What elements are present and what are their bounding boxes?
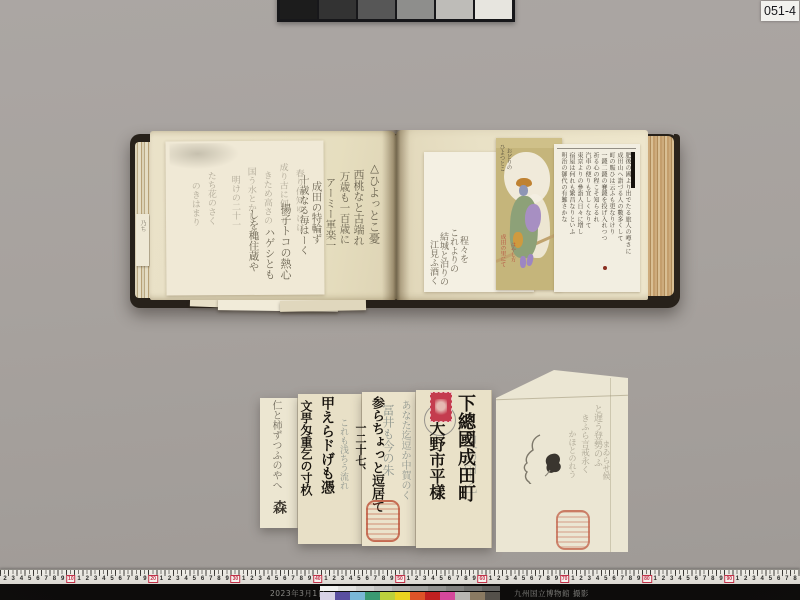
ruler-unit-label: 9: [61, 576, 64, 582]
ruler-unit-label: 8: [217, 576, 220, 582]
album-right-page: これよりの 結城と泊りの 程々を 江見ふ酒く ひよつとこ おどりの 成田の里に: [396, 130, 648, 300]
brush-column: 森: [272, 500, 286, 514]
faint-writing: あなた迄逗か中賀のく: [399, 400, 409, 500]
ruler-unit-label: 5: [28, 576, 31, 582]
ruler-unit-label: 3: [752, 576, 755, 582]
gray-strip: [320, 586, 500, 591]
ruler-unit-label: 8: [135, 576, 138, 582]
ruler-unit-label: 1: [160, 576, 163, 582]
gray-patch: [338, 586, 356, 591]
ruler-unit-label: 7: [621, 576, 624, 582]
ruler-unit-label: 2: [662, 576, 665, 582]
print-column: 町の賑ひは云ふも更なりけり: [608, 152, 614, 235]
ruler-unit-label: 9: [143, 576, 146, 582]
gray-patch: [374, 586, 392, 591]
ruler-unit-label: 1: [242, 576, 245, 582]
ruler-ten-label: 70: [560, 575, 570, 583]
ruler-unit-label: 7: [703, 576, 706, 582]
shoot-date: 2023年3月1日: [270, 588, 326, 599]
ruler-unit-label: 3: [258, 576, 261, 582]
faint-writing: かほとのれう: [568, 430, 576, 478]
ruler-unit-label: 6: [201, 576, 204, 582]
ruler-unit-label: 8: [300, 576, 303, 582]
ink-column: 十歳なる毎はーく: [297, 175, 307, 255]
grayscale-calibration-bar: [277, 0, 515, 22]
gray-patch: [410, 586, 428, 591]
album-book: 乃ち 春り付知ゆけは 成り古に何より きため高さの 国う水とかし 明けの二十一 …: [130, 126, 680, 308]
red-seal: [366, 500, 400, 542]
ruler-ten-label: 90: [724, 575, 734, 583]
ruler-unit-label: 6: [36, 576, 39, 582]
cover-edge: [674, 134, 680, 300]
ink-column: 成田の特輪ず: [311, 181, 322, 244]
color-patch: [365, 592, 380, 600]
ink-column: アーミー軍楽一: [325, 177, 336, 251]
ruler-unit-label: 7: [785, 576, 788, 582]
scale-ruler: 2345678910123456789201234567893012345678…: [0, 569, 800, 585]
color-patch: [485, 592, 500, 600]
ruler-unit-label: 5: [275, 576, 278, 582]
illustration-caption: ひよつとこ: [498, 144, 504, 172]
brush-column: 文甼匁重乞の寸杦: [300, 400, 312, 496]
ink-column: 万歳も一百歳に: [339, 171, 350, 245]
shoot-credit: 九州国立博物館 撮影: [514, 588, 589, 599]
ruler-unit-label: 6: [365, 576, 368, 582]
ruler-unit-label: 7: [127, 576, 130, 582]
clipping-rule: [557, 148, 636, 149]
gray-patch: [464, 586, 482, 591]
gray-patch: [320, 586, 338, 591]
ruler-unit-label: 9: [308, 576, 311, 582]
handwriting-column: 結城と泊りの: [438, 232, 447, 286]
ruler-ten-label: 20: [148, 575, 158, 583]
ruler-unit-label: 5: [440, 576, 443, 582]
ruler-unit-label: 3: [12, 576, 15, 582]
protruding-note: 乃ち: [136, 214, 149, 266]
ink-column: 西桃なと古端れ: [353, 169, 364, 246]
ruler-unit-label: 4: [678, 576, 681, 582]
print-column: 東京よりの參詣人日々に増し: [576, 152, 582, 235]
print-column: 祈る心の程こそ知らるれ: [592, 152, 598, 222]
ruler-unit-label: 1: [653, 576, 656, 582]
clipping-dot: [603, 266, 607, 270]
red-seal: [556, 510, 590, 550]
ruler-unit-label: 9: [472, 576, 475, 582]
print-column: 宿屋は何れも繁昌なりといふ: [568, 152, 574, 235]
color-patch: [425, 592, 440, 600]
faint-writing: きふら言戒永く: [580, 414, 589, 474]
grayscale-patch: [358, 0, 395, 19]
grayscale-patch: [319, 0, 356, 19]
brush-column: 仁と柿ずつふのやへ: [270, 400, 280, 490]
ruler-unit-label: 4: [596, 576, 599, 582]
color-patch: [455, 592, 470, 600]
print-column: 肥後の國より出でたる旅人の噂さに: [624, 152, 630, 254]
illustration-red-caption: 成田の里にて: [499, 234, 505, 267]
ink-column: ハゲシとも: [264, 227, 275, 280]
ruler-unit-label: 1: [77, 576, 80, 582]
folded-letter: と遅う登勢のふ きふら言戒永く かほとのれう まゐらせ候: [496, 370, 628, 552]
ruler-unit-label: 4: [760, 576, 763, 582]
ruler-unit-label: 7: [209, 576, 212, 582]
ruler-unit-label: 8: [793, 576, 796, 582]
ruler-unit-label: 6: [777, 576, 780, 582]
gray-patch: [446, 586, 464, 591]
ruler-unit-label: 4: [431, 576, 434, 582]
grayscale-patch: [280, 0, 317, 19]
ruler-unit-label: 5: [604, 576, 607, 582]
color-calibration-chart: [320, 586, 500, 600]
ruler-unit-label: 7: [44, 576, 47, 582]
faint-writing: と遅う登勢のふ: [592, 404, 601, 467]
ink-column: しを穐住蔵や: [248, 209, 259, 272]
ruler-unit-label: 4: [102, 576, 105, 582]
color-patch: [380, 592, 395, 600]
ruler-unit-label: 8: [53, 576, 56, 582]
faint-writing: まゐらせ候: [602, 440, 610, 480]
print-column: 一錢二錢の賽錢を投げ入れつつ: [600, 152, 606, 242]
ruler-unit-label: 6: [283, 576, 286, 582]
grayscale-patch: [436, 0, 473, 19]
ruler-unit-label: 1: [736, 576, 739, 582]
handwriting-column: これよりの: [448, 228, 457, 273]
gray-patch: [392, 586, 410, 591]
ink-blot: [542, 450, 566, 478]
color-patch: [395, 592, 410, 600]
loose-paper: [280, 299, 366, 312]
ruler-unit-label: 2: [250, 576, 253, 582]
ruler-unit-label: 6: [530, 576, 533, 582]
brush-column: 甲えらドげも憑: [320, 396, 334, 494]
ruler-unit-label: 1: [407, 576, 410, 582]
ruler-ten-label: 40: [313, 575, 323, 583]
ruler-unit-label: 9: [390, 576, 393, 582]
news-clipping: 肥後の國より出でたる旅人の噂さに 成田山へ詣づる人の數多くして 町の賑ひは云ふも…: [554, 144, 640, 292]
pencil-column: きため高さの: [262, 171, 271, 225]
ruler-unit-label: 1: [571, 576, 574, 582]
ruler-unit-label: 3: [94, 576, 97, 582]
ruler-unit-label: 2: [86, 576, 89, 582]
gray-patch: [482, 586, 500, 591]
gray-patch: [356, 586, 374, 591]
brush-column: 参らちょっと逗居て: [370, 396, 383, 513]
ruler-unit-label: 4: [20, 576, 23, 582]
photo-label: 051-4: [761, 1, 799, 21]
pasted-illustration: ひよつとこ おどりの 成田の里にて はやし方 番ひ踊りの圖: [496, 138, 562, 290]
ruler-unit-label: 4: [267, 576, 270, 582]
ruler-ten-label: 60: [478, 575, 488, 583]
ink-column: 揚子トコの熱心: [280, 203, 291, 280]
postage-stamp: [430, 392, 452, 422]
color-patch: [410, 592, 425, 600]
ruler-unit-label: 8: [711, 576, 714, 582]
print-column: 成田山へ詣づる人の數多くして: [616, 152, 622, 242]
fore-edge-pages: [648, 136, 674, 296]
ruler-unit-label: 2: [168, 576, 171, 582]
ruler-unit-label: 4: [184, 576, 187, 582]
ruler-unit-label: 3: [505, 576, 508, 582]
ruler-unit-label: 5: [357, 576, 360, 582]
fold-crease: [496, 395, 628, 401]
color-patch: [440, 592, 455, 600]
ink-column: △ひよっとこ憂: [368, 161, 380, 244]
ruler-unit-label: 3: [341, 576, 344, 582]
ruler-unit-label: 7: [456, 576, 459, 582]
illustration-red-caption: はやし方: [510, 242, 515, 262]
print-column: 汽車の便りも宜しくなりて: [584, 152, 590, 229]
ruler-unit-label: 6: [119, 576, 122, 582]
ruler-unit-label: 4: [514, 576, 517, 582]
ruler-unit-label: 6: [612, 576, 615, 582]
ruler-unit-label: 9: [637, 576, 640, 582]
gray-patch: [428, 586, 446, 591]
clipping-black-bar: [631, 152, 635, 188]
ruler-unit-label: 3: [423, 576, 426, 582]
envelope: 臾の甲乙 下總國成田町 大野市平樣 あなた迄逗か中賀のく 冨井も今の朱 これも浅…: [258, 388, 494, 550]
color-patch: [470, 592, 485, 600]
address-column: 下總國成田町: [456, 394, 474, 502]
ruler-unit-label: 5: [193, 576, 196, 582]
ruler-unit-label: 8: [547, 576, 550, 582]
ruler-unit-label: 9: [719, 576, 722, 582]
faint-writing: これも浅ちう流れ: [338, 418, 347, 490]
ruler-unit-label: 2: [415, 576, 418, 582]
ruler-ten-label: 30: [231, 575, 241, 583]
edge-marks: 乃ち: [139, 220, 145, 232]
grayscale-patch: [397, 0, 434, 19]
ruler-unit-label: 2: [579, 576, 582, 582]
ruler-unit-label: 9: [555, 576, 558, 582]
ruler-ten-label: 10: [66, 575, 76, 583]
ruler-unit-label: 5: [686, 576, 689, 582]
pencil-column: のきはまり: [190, 181, 199, 226]
ruler-ten-label: 50: [395, 575, 405, 583]
color-patch: [335, 592, 350, 600]
ruler-unit-label: 7: [374, 576, 377, 582]
ruler-unit-label: 1: [324, 576, 327, 582]
ruler-ten-label: 80: [642, 575, 652, 583]
ruler-unit-label: 7: [291, 576, 294, 582]
ruler-unit-label: 8: [629, 576, 632, 582]
color-patch: [320, 592, 335, 600]
ruler-unit-label: 6: [695, 576, 698, 582]
album-left-page: 春り付知ゆけは 成り古に何より きため高さの 国う水とかし 明けの二十一 たち花…: [150, 131, 396, 300]
ruler-unit-label: 7: [538, 576, 541, 582]
figure-foot: [520, 256, 526, 268]
bottom-info-bar: 2023年3月1日 九州国立博物館 撮影: [0, 584, 800, 600]
ruler-unit-label: 5: [522, 576, 525, 582]
figure-face: [519, 185, 528, 196]
pencil-column: 明けの二十一: [230, 175, 239, 229]
ruler-unit-label: 6: [448, 576, 451, 582]
print-column: 明治の御代の有難さかな: [560, 152, 566, 222]
photo-canvas: 051-4 乃ち 春り付知ゆけは 成り古に何より きため高さの 国う水とかし 明…: [0, 0, 800, 600]
ruler-unit-label: 3: [176, 576, 179, 582]
ruler-unit-label: 3: [588, 576, 591, 582]
handwriting-column: 江見ふ酒く: [428, 240, 437, 285]
handwriting-column: 程々を: [458, 236, 467, 263]
illustration-caption: おどりの: [505, 148, 511, 170]
ruler-unit-label: 2: [497, 576, 500, 582]
ruler-unit-label: 4: [349, 576, 352, 582]
ruler-unit-label: 9: [226, 576, 229, 582]
ruler-unit-label: 1: [489, 576, 492, 582]
ruler-unit-label: 2: [333, 576, 336, 582]
figure-foot: [526, 254, 534, 267]
ruler-unit-label: 5: [769, 576, 772, 582]
grayscale-patch: [475, 0, 512, 19]
color-patch: [350, 592, 365, 600]
ruler-unit-label: 8: [464, 576, 467, 582]
ruler-unit-label: 2: [3, 576, 6, 582]
pencil-column: たち花のさく: [206, 171, 215, 225]
brush-column: 一二十七、: [355, 422, 366, 477]
color-strip: [320, 592, 500, 600]
ruler-unit-label: 5: [110, 576, 113, 582]
ruler-unit-label: 3: [670, 576, 673, 582]
ruler-unit-label: 8: [382, 576, 385, 582]
ruler-unit-label: 2: [744, 576, 747, 582]
